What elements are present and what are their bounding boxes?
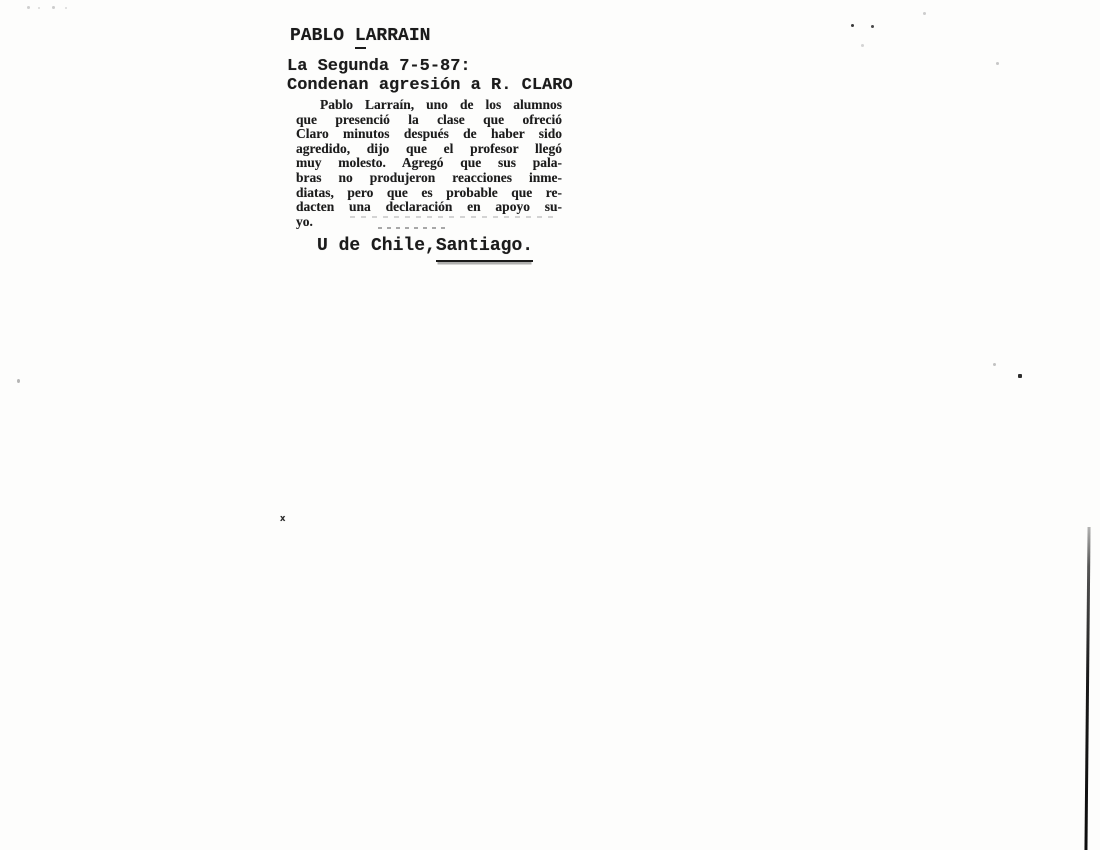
scan-speck (851, 24, 854, 27)
scanned-document-page: PABLO LARRAIN La Segunda 7-5-87: Condena… (0, 0, 1100, 850)
heading-pre: PABLO (290, 26, 355, 46)
citation-source-date: La Segunda 7-5-87: (287, 57, 597, 76)
source-attribution: U de Chile, Santiago. (317, 236, 597, 262)
article-line: Claro minutos después de haber sido (296, 127, 562, 142)
citation-headline: Condenan agresión a R. CLARO (287, 76, 597, 95)
article-line: Pablo Larraín, uno de los alumnos (296, 98, 562, 113)
scan-artifact-vertical-line (1084, 527, 1090, 850)
scan-speck (923, 12, 926, 15)
article-paragraph: Pablo Larraín, uno de los alumnos que pr… (296, 98, 562, 229)
article-line: que presenció la clase que ofreció (296, 113, 562, 128)
scan-speck (993, 363, 996, 366)
scan-speck (27, 6, 30, 9)
article-line: muy molesto. Agregó que sus pala- (296, 156, 562, 171)
scan-artifact-faint-dashes (350, 216, 555, 218)
article-line: diatas, pero que es probable que re- (296, 186, 562, 201)
scan-speck (38, 7, 40, 9)
scan-speck (861, 44, 864, 47)
scan-speck (17, 379, 20, 383)
citation-block: La Segunda 7-5-87: Condenan agresión a R… (287, 57, 597, 95)
scan-speck (871, 25, 874, 28)
heading-pablo-larrain: PABLO LARRAIN (290, 26, 597, 49)
scan-speck (996, 62, 999, 65)
source-underlined-city: Santiago. (436, 236, 533, 262)
article-line: agredido, dijo que el profesor llegó (296, 142, 562, 157)
heading-post: ARRAIN (366, 26, 431, 46)
scan-speck (52, 6, 55, 9)
scan-speck (65, 7, 67, 9)
article-line: dacten una declaración en apoyo su- (296, 200, 562, 215)
stray-typed-character: x (280, 514, 285, 524)
source-prefix: U de Chile, (317, 236, 436, 256)
article-line: bras no produjeron reacciones inme- (296, 171, 562, 186)
scan-speck (1018, 374, 1022, 378)
scan-artifact-faint-dashes (378, 227, 446, 229)
heading-underlined-letter: L (355, 26, 366, 49)
